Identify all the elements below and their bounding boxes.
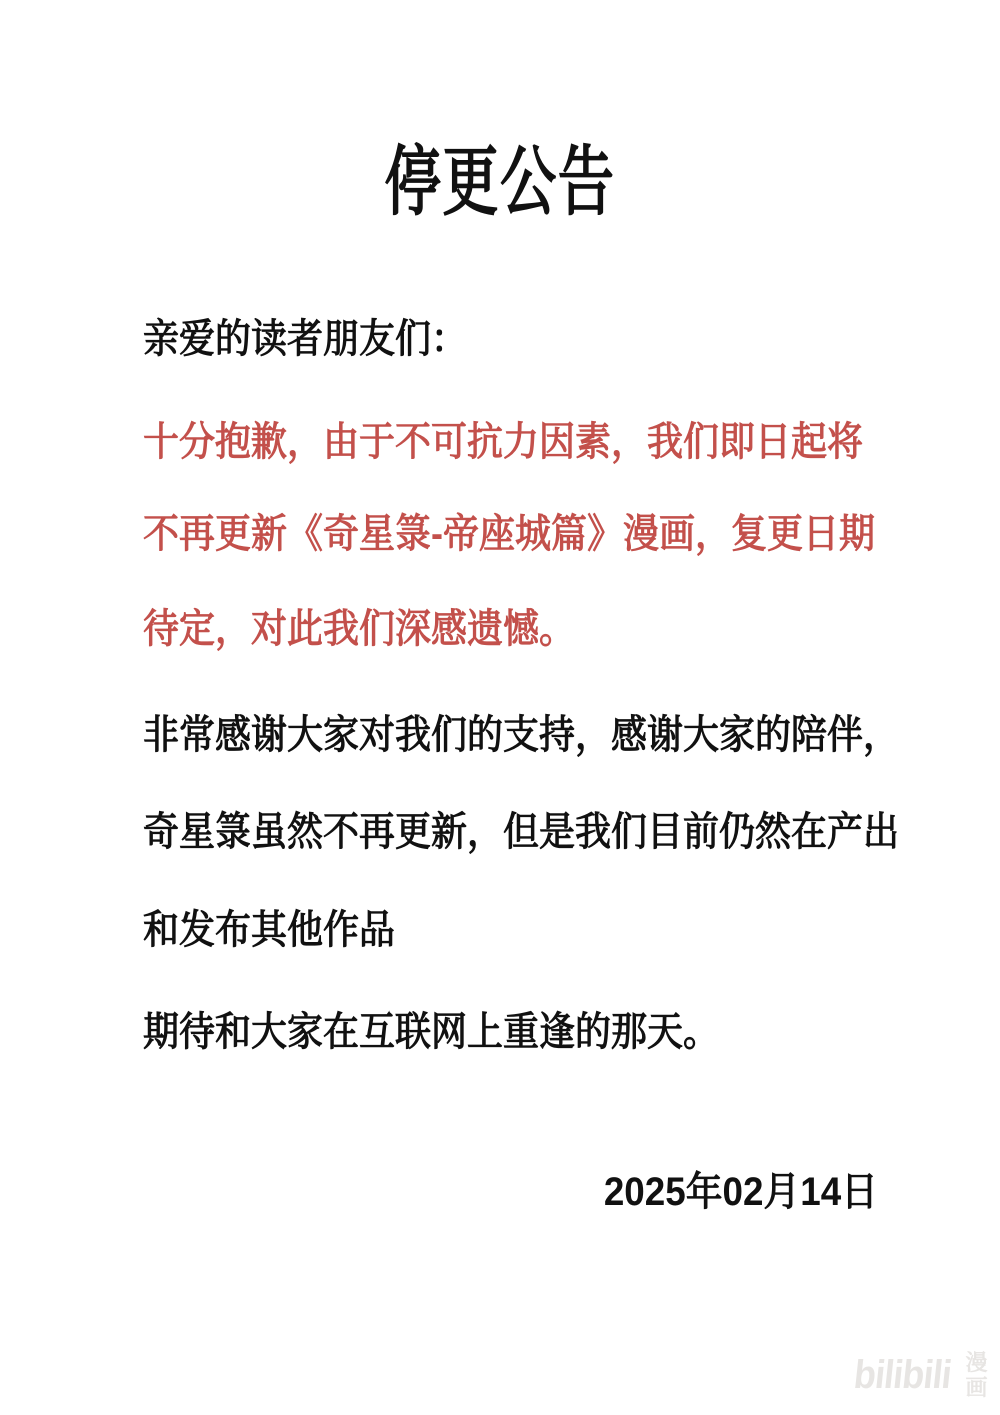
page-title: 停更公告 <box>130 145 870 221</box>
body-line-2: 奇星箓虽然不再更新，但是我们目前仍然在产出 <box>143 812 899 852</box>
manga-vertical-label: 漫 画 <box>966 1350 988 1401</box>
closing-line: 期待和大家在互联网上重逢的那天。 <box>143 1012 719 1052</box>
body-line-3: 和发布其他作品 <box>143 910 395 950</box>
bilibili-logo: bilibili <box>852 1355 953 1395</box>
manga-char-bottom: 画 <box>966 1375 988 1400</box>
date-line: 2025年02月14日 <box>604 1172 878 1212</box>
manga-char-top: 漫 <box>966 1350 988 1375</box>
notice-red-line-1: 十分抱歉，由于不可抗力因素，我们即日起将 <box>143 422 863 462</box>
notice-red-line-2: 不再更新《奇星箓-帝座城篇》漫画，复更日期 <box>143 514 875 554</box>
announcement-page: 停更公告 亲爱的读者朋友们： 十分抱歉，由于不可抗力因素，我们即日起将 不再更新… <box>0 0 1000 1415</box>
watermark: bilibili 漫 画 <box>852 1350 988 1401</box>
notice-red-line-3: 待定，对此我们深感遗憾。 <box>143 609 575 649</box>
salutation-line: 亲爱的读者朋友们： <box>143 319 467 359</box>
body-line-1: 非常感谢大家对我们的支持，感谢大家的陪伴， <box>143 715 899 755</box>
